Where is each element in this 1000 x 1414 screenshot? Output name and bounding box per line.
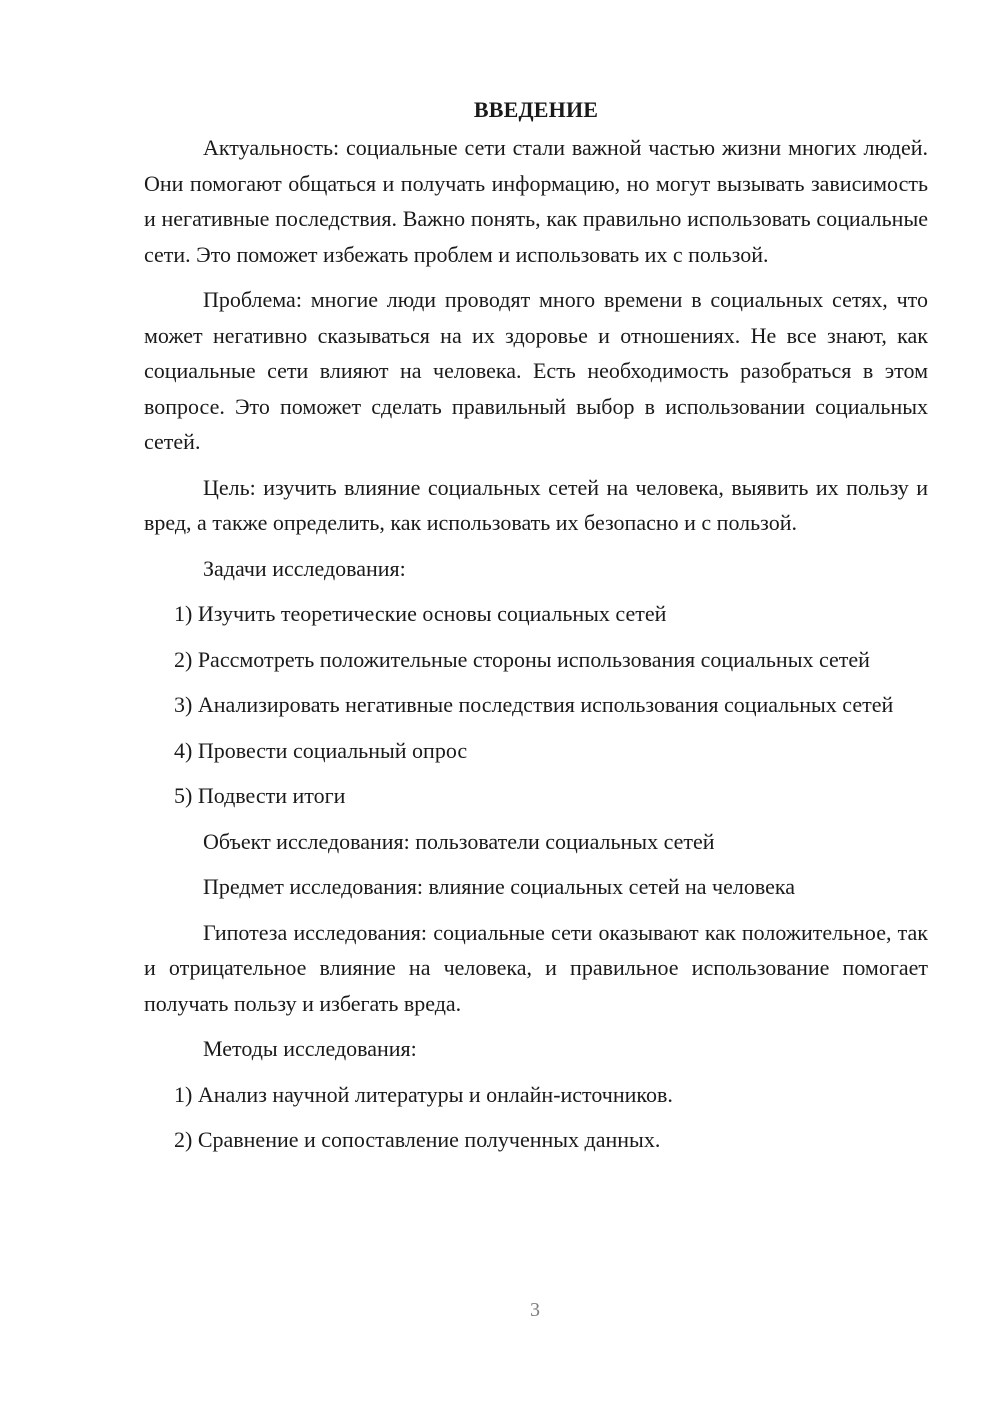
page-number: 3 <box>0 1299 1000 1322</box>
goal-paragraph: Цель: изучить влияние социальных сетей н… <box>144 470 928 541</box>
task-item: 3) Анализировать негативные последствия … <box>144 687 928 723</box>
problem-paragraph: Проблема: многие люди проводят много вре… <box>144 282 928 460</box>
methods-heading: Методы исследования: <box>144 1031 928 1067</box>
relevance-paragraph: Актуальность: социальные сети стали важн… <box>144 130 928 272</box>
section-title: ВВЕДЕНИЕ <box>144 92 928 128</box>
tasks-list: 1) Изучить теоретические основы социальн… <box>144 596 928 814</box>
task-item: 2) Рассмотреть положительные стороны исп… <box>144 642 928 678</box>
object-paragraph: Объект исследования: пользователи социал… <box>144 824 928 860</box>
method-item: 1) Анализ научной литературы и онлайн-ис… <box>144 1077 928 1113</box>
method-item: 2) Сравнение и сопоставление полученных … <box>144 1122 928 1158</box>
document-page: ВВЕДЕНИЕ Актуальность: социальные сети с… <box>144 92 928 1168</box>
task-item: 4) Провести социальный опрос <box>144 733 928 769</box>
subject-paragraph: Предмет исследования: влияние социальных… <box>144 869 928 905</box>
task-item: 5) Подвести итоги <box>144 778 928 814</box>
methods-list: 1) Анализ научной литературы и онлайн-ис… <box>144 1077 928 1158</box>
hypothesis-paragraph: Гипотеза исследования: социальные сети о… <box>144 915 928 1022</box>
tasks-heading: Задачи исследования: <box>144 551 928 587</box>
task-item: 1) Изучить теоретические основы социальн… <box>144 596 928 632</box>
